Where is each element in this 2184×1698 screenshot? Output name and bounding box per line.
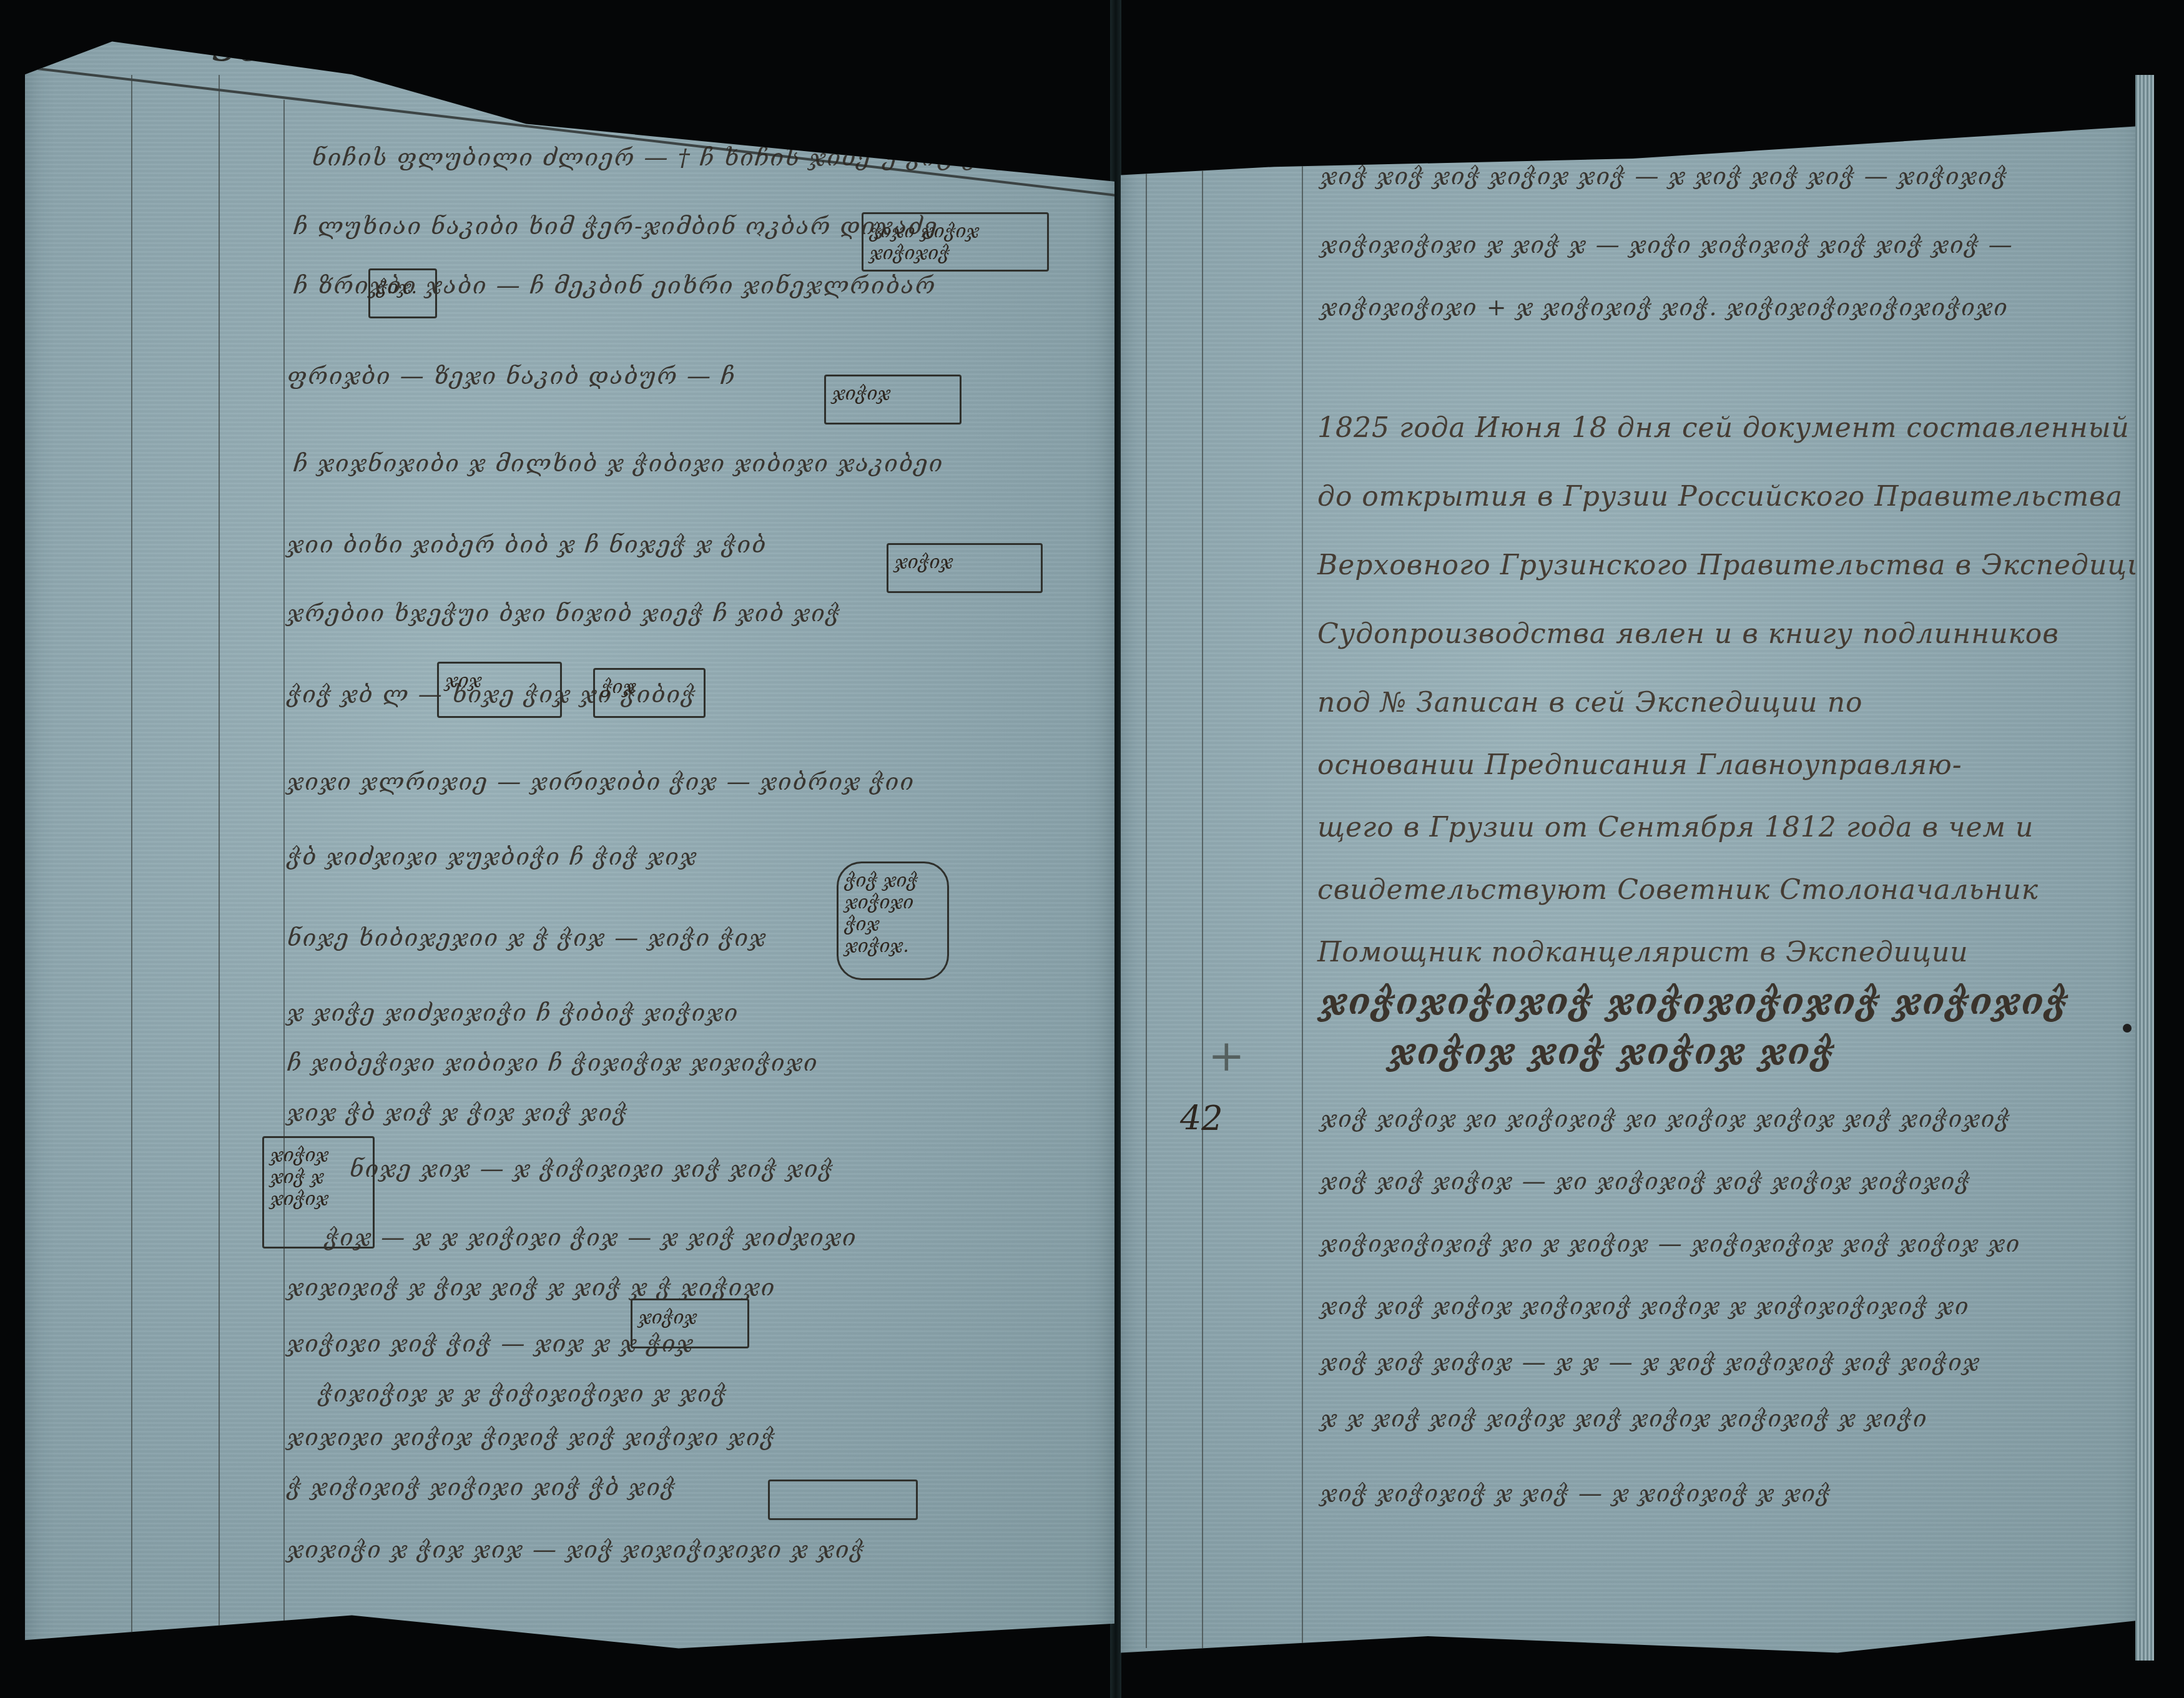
text-line: ჩ ჯიბეჭიჯი ჯიბიჯი ჩ ჭიჯიჭიჯ ჯიჯიჭიჯი (287, 1049, 819, 1076)
text-line: ჩ ლუხიაი ნაკიბი ხიმ ჭერ-ჯიმბინ ოკბარ დიჯ… (293, 212, 938, 240)
russian-endorsement-line: под № Записан в сей Экспедиции по (1317, 687, 1862, 719)
text-line: ჯიჭ ჯიჭ ჯიჭიჯ — ჯ ჯ — ჯ ჯიჭ ჯიჭიჯიჭ ჯიჭ … (1321, 1348, 1980, 1376)
text-line: ჯიჭ ჯიჭ ჯიჭიჯ ჯიჭიჯიჭ ჯიჭიჯ ჯ ჯიჭიჯიჭიჯი… (1321, 1292, 1970, 1320)
russian-endorsement-line: основании Предписания Главноуправляю- (1317, 749, 1962, 781)
signature-line: ჯიჭიჯ ჯიჭ ჯიჭიჯ ჯიჭ (1389, 1030, 1835, 1072)
text-line: ჯიჯიჯი ჯიჭიჯ ჭიჯიჭ ჯიჭ ჯიჭიჯი ჯიჭ (287, 1423, 776, 1451)
text-line: ჯიი ბიხი ჯიბერ ბიბ ჯ ჩ ნიჯეჭ ჯ ჭიბ (287, 531, 767, 558)
text-column-rule (283, 100, 285, 1648)
text-line: ჯრებიი ხჯეჭუი ბჯი ნიჯიბ ჯიეჭ ჩ ჯიბ ჯიჭ (287, 599, 841, 627)
boxed-annotation: ჯიჯ (437, 662, 562, 718)
boxed-annotation: ჭიჯ. (368, 268, 437, 318)
text-column-rule (1302, 125, 1303, 1648)
text-line: ფრიჯბი — ზეჯი ნაკიბ დაბურ — ჩ (287, 362, 736, 390)
russian-endorsement-line: щего в Грузии от Сентября 1812 года в че… (1317, 812, 2034, 843)
ink-spot (2123, 1024, 2132, 1033)
russian-endorsement-line: Помощник подканцелярист в Экспедиции (1317, 936, 1969, 968)
right-page: 37 36 ჯიჭ ჯიჭ ჯიჭ ჯიჭიჯ ჯიჭ — ჯ ჯიჭ ჯიჭ … (1121, 44, 2145, 1686)
folio-number: 37 (2020, 56, 2070, 102)
header-rule (1139, 119, 2138, 121)
text-line: ჯიჭიჯიჭიჯი ჯ ჯიჭ ჯ — ჯიჭი ჯიჭიჯიჭ ჯიჭ ჯი… (1321, 231, 2014, 258)
page-edge-stack (2135, 75, 2154, 1661)
margin-rule-outer (1146, 125, 1147, 1648)
text-line: ჩ ჯიჯნიჯიბი ჯ მილხიბ ჯ ჭიბიჯი ჯიბიჯი ჯაკ… (293, 449, 943, 477)
russian-endorsement-line: свидетельствуют Советник Столоначальник (1317, 874, 2039, 906)
boxed-annotation: ჯიჭიჯ (824, 375, 962, 424)
text-line: ჭიჯიჭიჯ ჯ ჯ ჭიჭიჯიჭიჯი ჯ ჯიჭ (318, 1380, 727, 1407)
margin-rule-inner (219, 75, 220, 1648)
header-rule (37, 67, 1117, 197)
boxed-annotation-rounded: ჭიჭ ჯიჭ ჯიჭიჯი ჭიჯ ჯიჭიჯ. (837, 861, 949, 980)
russian-endorsement-line: до открытия в Грузии Российского Правите… (1317, 481, 2123, 513)
margin-rule-outer (131, 75, 132, 1648)
margin-rule-middle (1202, 125, 1203, 1648)
text-line: ჯიჯი ჯლრიჯიე — ჯირიჯიბი ჭიჯ — ჯიბრიჯ ჭიი (287, 768, 915, 795)
margin-entry-number: 42 (1180, 1099, 1223, 1138)
text-line: ჯიჭ ჯიჭ ჯიჭ ჯიჭიჯ ჯიჭ — ჯ ჯიჭ ჯიჭ ჯიჭ — … (1321, 162, 2008, 190)
text-line: ჯ ჯ ჯიჭ ჯიჭ ჯიჭიჯ ჯიჭ ჯიჭიჯ ჯიჭიჯიჭ ჯ ჯი… (1321, 1405, 1928, 1432)
text-line: ნიჯე ჯიჯ — ჯ ჭიჭიჯიჯი ჯიჭ ჯიჭ ჯიჭ (350, 1155, 834, 1182)
text-line: ჯიჭიჯიჭიჯიჭ ჯი ჯ ჯიჭიჯ — ჯიჭიჯიჭიჯ ჯიჭ ჯ… (1321, 1230, 2020, 1257)
cross-mark-icon: + (1208, 1030, 1245, 1081)
text-line: ჯ ჯიჭე ჯიძჯიჯიჭი ჩ ჭიბიჭ ჯიჭიჯი (287, 999, 739, 1026)
russian-endorsement-line: Судопроизводства явлен и в книгу подлинн… (1317, 618, 2059, 650)
text-line: ჭბ ჯიძჯიჯი ჯუჯბიჭი ჩ ჭიჭ ჯიჯ (287, 843, 697, 870)
boxed-annotation: ჭიჯ (593, 668, 706, 718)
text-line: ჯიჭ ჯიჭიჯ ჯი ჯიჭიჯიჭ ჯი ჯიჭიჯ ჯიჭიჯ ჯიჭ … (1321, 1105, 2011, 1132)
signature-line: ჯიჭიჯიჭიჯიჭ ჯიჭიჯიჭიჯიჭ ჯიჭიჯიჭ (1321, 980, 2069, 1023)
empty-box (768, 1480, 918, 1520)
text-line: ჯიჯ ჭბ ჯიჭ ჯ ჭიჯ ჯიჭ ჯიჭ (287, 1099, 628, 1126)
text-line: ჭ ჯიჭიჯიჭ ჯიჭიჯი ჯიჭ ჭბ ჯიჭ (287, 1473, 676, 1501)
boxed-annotation: ჭიჯი ჯიჭიჯ ჯიჭიჯიჭ (862, 212, 1049, 272)
margin-boxed-annotation: ჯიჭიჯ ჯიჭ ჯ ჯიჭიჯ (262, 1136, 375, 1249)
text-line: ნიჯე ხიბიჯეჯიი ჯ ჭ ჭიჯ — ჯიჭი ჭიჯ (287, 924, 767, 951)
folio-number-pencil: 36 (2076, 81, 2117, 119)
text-line: ჯიჯიჭი ჯ ჭიჯ ჯიჯ — ჯიჭ ჯიჯიჭიჯიჯი ჯ ჯიჭ (287, 1536, 865, 1563)
left-page: 36º ნიჩის ფლუბილი ძლიერ — † ჩ ხიჩის ჯიბე… (25, 25, 1114, 1673)
text-line: ჭიჯ — ჯ ჯ ჯიჭიჯი ჭიჯ — ჯ ჯიჭ ჯიძჯიჯი (325, 1224, 857, 1251)
text-line: ჯიჯიჯიჭ ჯ ჭიჯ ჯიჭ ჯ ჯიჭ ჯ ჭ ჯიჭიჯი (287, 1273, 775, 1301)
folio-number: 36º (212, 25, 282, 71)
text-line: ჯიჭიჯიჭიჯი + ჯ ჯიჭიჯიჭ ჯიჭ. ჯიჭიჯიჭიჯიჭი… (1321, 293, 2009, 321)
russian-endorsement-line: Верховного Грузинского Правительства в Э… (1317, 549, 2164, 581)
boxed-annotation: ჯიჭიჯ (887, 543, 1043, 593)
russian-endorsement-line: 1825 года Июня 18 дня сей документ соста… (1317, 412, 2130, 444)
text-line: ჯიჭ ჯიჭ ჯიჭიჯ — ჯი ჯიჭიჯიჭ ჯიჭ ჯიჭიჯ ჯიჭ… (1321, 1167, 1971, 1195)
text-line: ჯიჭ ჯიჭიჯიჭ ჯ ჯიჭ — ჯ ჯიჭიჯიჭ ჯ ჯიჭ (1321, 1480, 1831, 1507)
boxed-annotation: ჯიჭიჯ (631, 1298, 749, 1348)
text-line: ნიჩის ფლუბილი ძლიერ — † ჩ ხიჩის ჯიბე უ ჭ… (312, 144, 1011, 171)
